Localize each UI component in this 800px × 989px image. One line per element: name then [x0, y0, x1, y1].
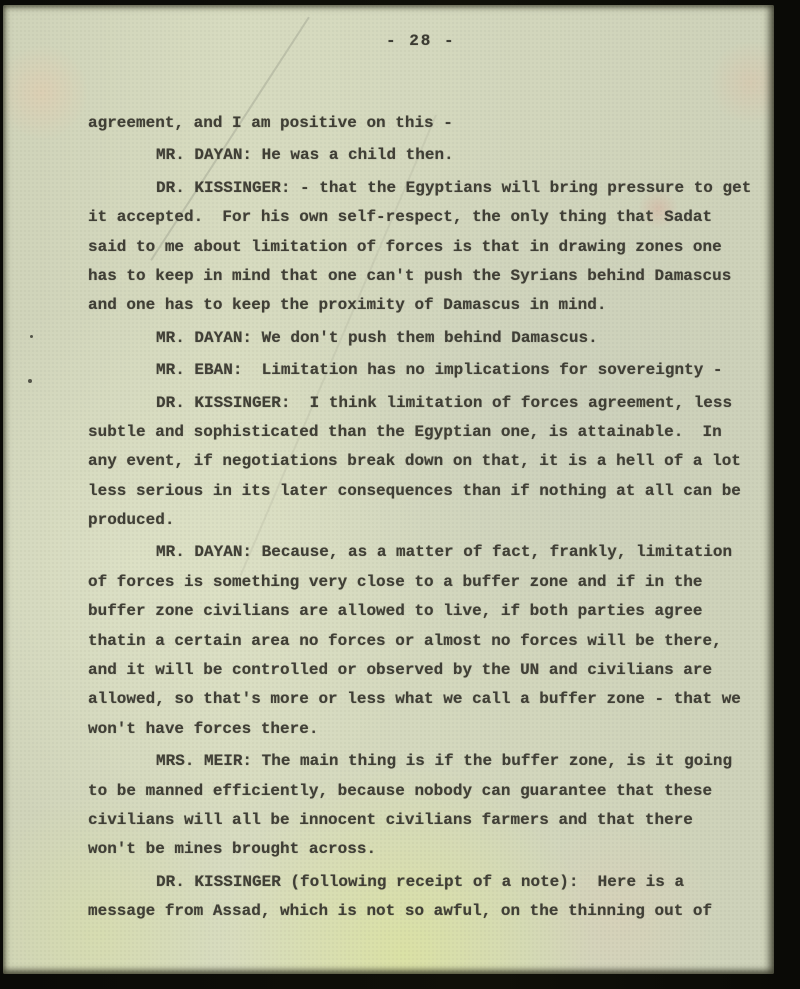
transcript-line: and it will be controlled or observed by…	[88, 656, 770, 685]
transcript-line: civilians will all be innocent civilians…	[88, 806, 770, 835]
transcript-line: buffer zone civilians are allowed to liv…	[88, 597, 770, 626]
transcript-line: less serious in its later consequences t…	[88, 477, 770, 506]
transcript-line: allowed, so that's more or less what we …	[88, 685, 770, 714]
transcript-paragraph: MR. DAYAN: We don't push them behind Dam…	[88, 324, 770, 353]
transcript-line: won't have forces there.	[88, 715, 770, 744]
transcript-paragraph: MR. EBAN: Limitation has no implications…	[88, 356, 770, 385]
scan-border: - 28 - agreement, and I am positive on t…	[0, 0, 800, 989]
ink-speck	[28, 379, 32, 383]
transcript-line: any event, if negotiations break down on…	[88, 447, 770, 476]
transcript-line: of forces is something very close to a b…	[88, 568, 770, 597]
transcript-paragraph: DR. KISSINGER (following receipt of a no…	[88, 868, 770, 927]
transcript-paragraph: DR. KISSINGER: I think limitation of for…	[88, 389, 770, 536]
transcript-paragraph: MR. DAYAN: He was a child then.	[88, 141, 770, 170]
transcript-line: has to keep in mind that one can't push …	[88, 262, 770, 291]
transcript-paragraph: DR. KISSINGER: - that the Egyptians will…	[88, 174, 770, 321]
transcript-line: DR. KISSINGER (following receipt of a no…	[88, 868, 770, 897]
transcript-line: message from Assad, which is not so awfu…	[88, 897, 770, 926]
transcript-line: MR. DAYAN: We don't push them behind Dam…	[88, 324, 770, 353]
transcript-line: thatin a certain area no forces or almos…	[88, 627, 770, 656]
transcript-line: MRS. MEIR: The main thing is if the buff…	[88, 747, 770, 776]
transcript-line: to be manned efficiently, because nobody…	[88, 777, 770, 806]
transcript-paragraph: agreement, and I am positive on this -	[88, 109, 770, 138]
transcript-line: agreement, and I am positive on this -	[88, 109, 770, 138]
transcript-line: MR. EBAN: Limitation has no implications…	[88, 356, 770, 385]
transcript-line: said to me about limitation of forces is…	[88, 233, 770, 262]
transcript-line: won't be mines brought across.	[88, 835, 770, 864]
page-number: - 28 -	[386, 32, 456, 50]
transcript-line: it accepted. For his own self-respect, t…	[88, 203, 770, 232]
transcript-line: subtle and sophisticated than the Egypti…	[88, 418, 770, 447]
transcript-line: MR. DAYAN: He was a child then.	[88, 141, 770, 170]
transcript-line: DR. KISSINGER: I think limitation of for…	[88, 389, 770, 418]
transcript-paragraph: MR. DAYAN: Because, as a matter of fact,…	[88, 538, 770, 744]
transcript: agreement, and I am positive on this -MR…	[88, 109, 770, 927]
transcript-line: produced.	[88, 506, 770, 535]
transcript-line: MR. DAYAN: Because, as a matter of fact,…	[88, 538, 770, 567]
ink-speck	[30, 335, 33, 338]
transcript-line: and one has to keep the proximity of Dam…	[88, 291, 770, 320]
document-page: - 28 - agreement, and I am positive on t…	[3, 5, 774, 974]
transcript-paragraph: MRS. MEIR: The main thing is if the buff…	[88, 747, 770, 865]
transcript-line: DR. KISSINGER: - that the Egyptians will…	[88, 174, 770, 203]
